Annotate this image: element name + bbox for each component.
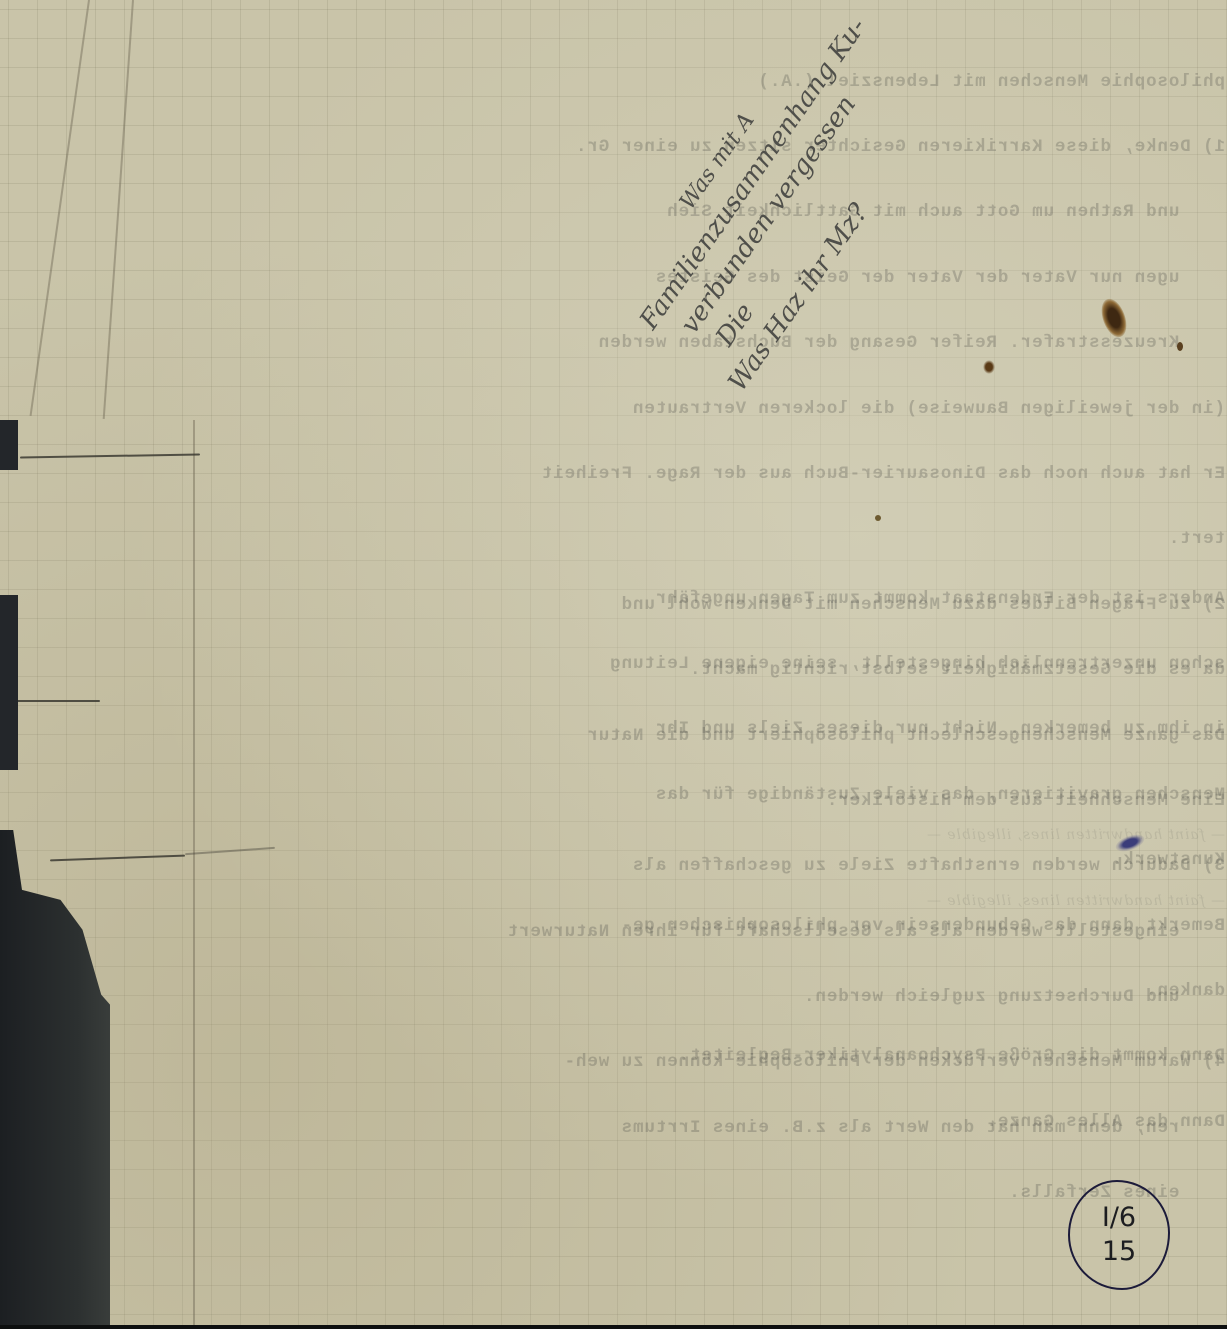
stain-spot [1177,342,1183,351]
fold-line [30,0,90,416]
stain-spot [983,360,995,374]
stain-spot [875,515,881,521]
fold-line [103,0,134,419]
torn-edge-backing [0,595,18,770]
scan-bottom-edge [0,1325,1227,1329]
bleed-line: — faint handwritten lines, illegible — [215,824,1225,846]
archive-number-stamp: I/6 15 [1068,1180,1170,1290]
bleed-line: Dann das Alles Ganze. [215,1112,1225,1134]
torn-edge-backing [0,420,18,470]
bleed-line: — faint handwritten lines, illegible — [215,890,1225,912]
bleed-line: danken. [215,981,1225,1003]
bleed-line: Dann kommt die Größe Psychoanalytiker-Be… [215,1046,1225,1068]
paper-tear [15,700,100,702]
bleed-line: Er hat auch noch das Dinosaurier-Buch au… [215,464,1225,486]
document-page: philosophie Menschen mit Lebensziel (.A.… [0,0,1227,1329]
bleed-line: in ihm zu bemerken. Nicht nur dieses Zie… [215,719,1225,741]
fold-line [193,420,195,1329]
bleed-line: philosophie Menschen mit Lebensziel (.A.… [215,72,1225,94]
paper-tear [20,453,200,458]
bleed-through-text-block-3: — faint handwritten lines, illegible — —… [215,780,1225,956]
bleed-line: schon unzertrennlich hingestellt, seine … [215,654,1225,676]
archive-stamp-line-1: I/6 [1102,1201,1136,1235]
archive-stamp-line-2: 15 [1102,1235,1136,1269]
paper-tear [50,855,185,862]
bleed-line: eines Zerfalls. [215,1183,1225,1205]
bleed-line: Anders ist der Erdenstaat kommt zum Tage… [215,589,1225,611]
